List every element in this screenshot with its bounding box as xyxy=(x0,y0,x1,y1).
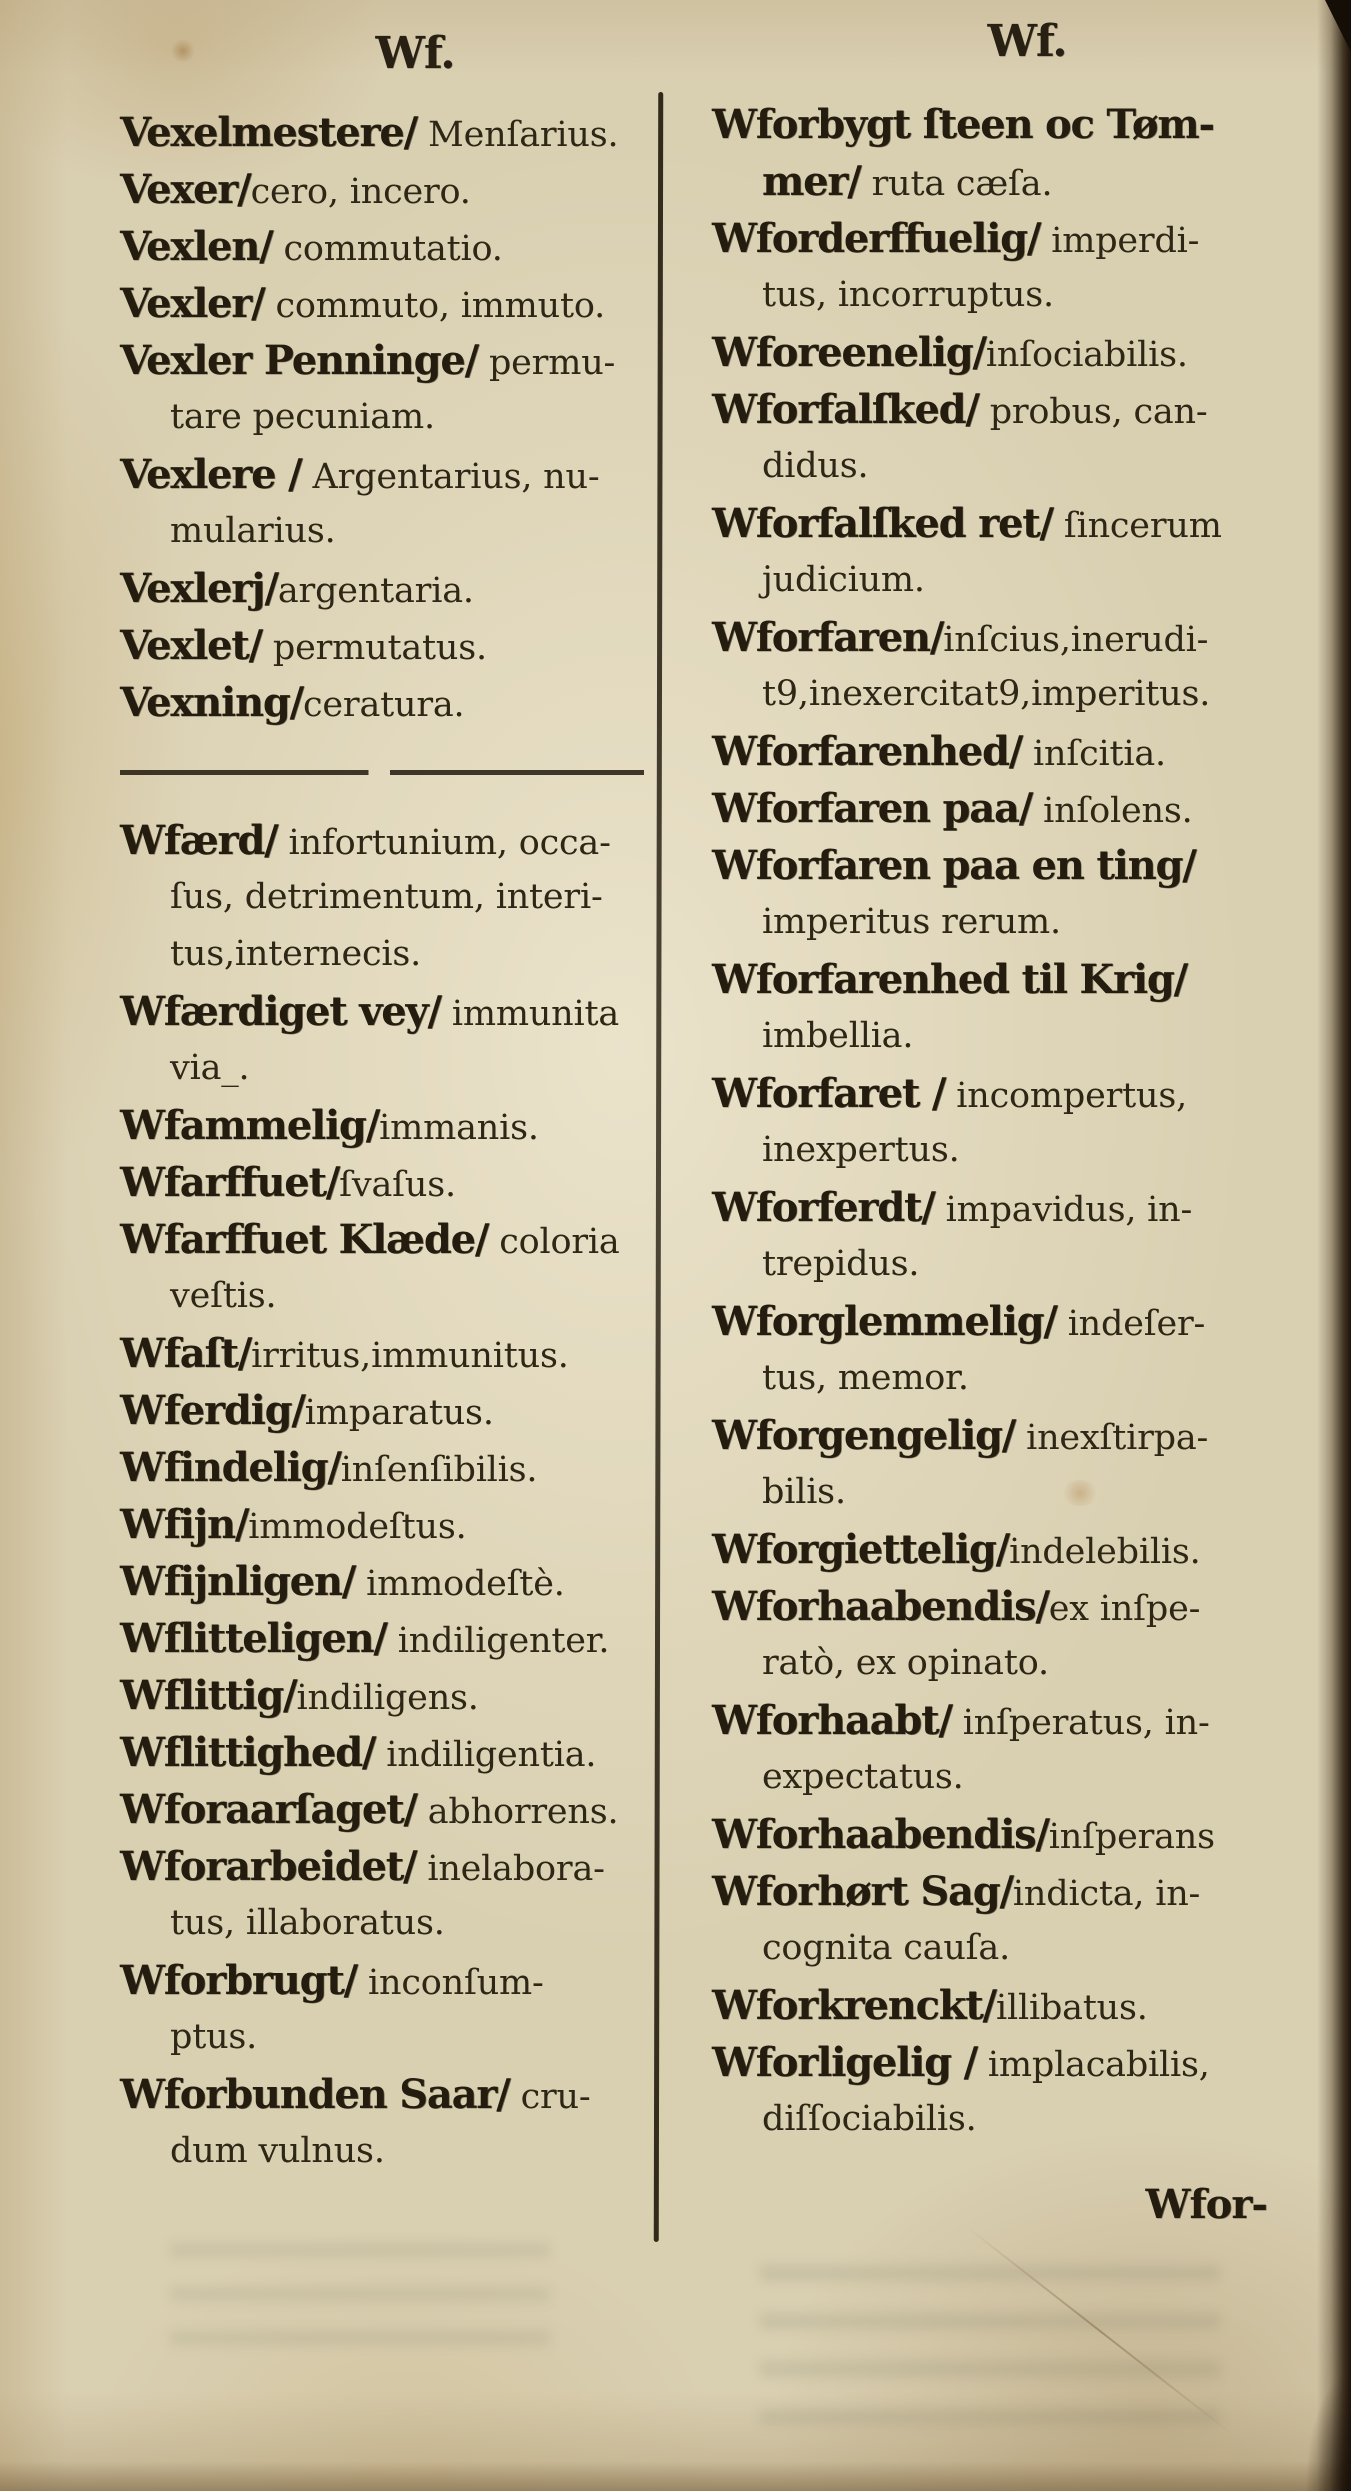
entry-line: Wforferdt/ impavidus, in- xyxy=(712,1179,1337,1236)
headword: Vexlerj/ xyxy=(120,565,278,612)
entry-line: Wfaſt/irritus,immunitus. xyxy=(120,1325,660,1382)
entry-line: tus, incorruptus. xyxy=(712,267,1337,324)
entry-line: Wflittig/indiligens. xyxy=(120,1667,660,1724)
headword: Wforferdt/ xyxy=(712,1184,935,1231)
headword: Vexlere / xyxy=(120,451,302,498)
entry-line: Wforfalſked ret/ ſincerum xyxy=(712,495,1337,552)
bleedthrough-smudge xyxy=(760,2255,1220,2425)
translation: t9,inexercitat9,imperitus. xyxy=(762,674,1210,714)
headword: Wfærdiget vey/ xyxy=(120,988,441,1035)
headword: Vexlet/ xyxy=(120,622,262,669)
entry-line: Vexer/cero, incero. xyxy=(120,161,660,218)
headword: Vexler Penninge/ xyxy=(120,337,478,384)
entry-line: Wfijnligen/ immodeſtè. xyxy=(120,1553,660,1610)
entry-line: tus, illaboratus. xyxy=(120,1895,660,1952)
headword: Wforhaabt/ xyxy=(712,1697,952,1744)
entry-line: Wforhaabt/ inſperatus, in- xyxy=(712,1692,1337,1749)
entry-line: mer/ ruta cæſa. xyxy=(712,153,1337,210)
entry-line: Wforhaabendis/ex inſpe- xyxy=(712,1578,1337,1635)
entry-line: Wfærd/ infortunium, occa- xyxy=(120,812,660,869)
translation: implacabilis, xyxy=(977,2045,1210,2085)
entry-line: Wforfaren paa/ inſolens. xyxy=(712,780,1337,837)
entry-line: Wflittighed/ indiligentia. xyxy=(120,1724,660,1781)
translation: ruta cæſa. xyxy=(861,164,1053,204)
headword: Wfijn/ xyxy=(120,1501,248,1548)
headword: Wforaarſaget/ xyxy=(120,1786,417,1833)
entry-line: via_. xyxy=(120,1040,660,1097)
entry-line: imperitus rerum. xyxy=(712,894,1337,951)
entry-line: Wforfarenhed/ inſcitia. xyxy=(712,723,1337,780)
translation: veſtis. xyxy=(170,1276,276,1316)
entry-line: veſtis. xyxy=(120,1268,660,1325)
book-page: Wf. Wf. Vexelmestere/ Menſarius.Vexer/ce… xyxy=(0,0,1351,2491)
entry-line: trepidus. xyxy=(712,1236,1337,1293)
translation: inexſtirpa- xyxy=(1015,1418,1208,1458)
translation: indicta, in- xyxy=(1013,1874,1200,1914)
translation: indiligenter. xyxy=(387,1621,610,1661)
translation: tare pecuniam. xyxy=(170,397,435,437)
entry-line: Wfarffuet Klæde/ coloria xyxy=(120,1211,660,1268)
headword: Wfarffuet/ xyxy=(120,1159,339,1206)
entry-line: Wforkrenckt/illibatus. xyxy=(712,1977,1337,2034)
headword: Wforfalſked ret/ xyxy=(712,500,1053,547)
headword: Wforhørt Sag/ xyxy=(712,1868,1013,1915)
entry-line: tus, memor. xyxy=(712,1350,1337,1407)
entry-line: expectatus. xyxy=(712,1749,1337,1806)
headword: Vexer/ xyxy=(120,166,251,213)
translation: ſus, detrimentum, interi- xyxy=(170,877,603,917)
entry-line: inexpertus. xyxy=(712,1122,1337,1179)
entry-line: Wfammelig/immanis. xyxy=(120,1097,660,1154)
translation: bilis. xyxy=(762,1472,846,1512)
entry-line: Wforarbeidet/ inelabora- xyxy=(120,1838,660,1895)
headword: Wforfalſked/ xyxy=(712,386,979,433)
translation: commuto, immuto. xyxy=(265,286,605,326)
entry-line: Vexler Penninge/ permu- xyxy=(120,332,660,389)
entry-line: Wforeenelig/inſociabilis. xyxy=(712,324,1337,381)
running-head-left: Wf. xyxy=(150,28,680,79)
translation: immanis. xyxy=(379,1108,539,1148)
translation: trepidus. xyxy=(762,1244,919,1284)
left-column: Vexelmestere/ Menſarius.Vexer/cero, ince… xyxy=(120,104,660,2180)
translation: ſincerum xyxy=(1053,506,1222,546)
entry-line: Wforfaren/inſcius,inerudi- xyxy=(712,609,1337,666)
headword: Wfijnligen/ xyxy=(120,1558,355,1605)
entry-line: Wforglemmelig/ indeſer- xyxy=(712,1293,1337,1350)
headword: Wferdig/ xyxy=(120,1387,305,1434)
headword: Wfaſt/ xyxy=(120,1330,251,1377)
headword: Wforfaret / xyxy=(712,1070,945,1117)
translation: inſperans xyxy=(1049,1817,1215,1857)
headword: Wforeenelig/ xyxy=(712,329,986,376)
translation: abhorrens. xyxy=(417,1792,619,1832)
entry-line: tare pecuniam. xyxy=(120,389,660,446)
translation: judicium. xyxy=(762,560,925,600)
entry-line: mularius. xyxy=(120,503,660,560)
translation: inſenſibilis. xyxy=(341,1450,538,1490)
headword: Wforgengelig/ xyxy=(712,1412,1015,1459)
headword: Wforgiettelig/ xyxy=(712,1526,1009,1573)
page-corner-top-right xyxy=(1325,0,1351,52)
entry-line: Wforhørt Sag/indicta, in- xyxy=(712,1863,1337,1920)
entry-line: Vexlere / Argentarius, nu- xyxy=(120,446,660,503)
entry-line: cognita cauſa. xyxy=(712,1920,1337,1977)
translation: irritus,immunitus. xyxy=(251,1336,568,1376)
entry-line: Vexning/ceratura. xyxy=(120,674,660,731)
headword: Wforhaabendis/ xyxy=(712,1811,1049,1858)
entry-line: Wforbunden Saar/ cru- xyxy=(120,2066,660,2123)
entry-line: t9,inexercitat9,imperitus. xyxy=(712,666,1337,723)
translation: tus, incorruptus. xyxy=(762,275,1054,315)
headword: Wflitteligen/ xyxy=(120,1615,387,1662)
entry-line: bilis. xyxy=(712,1464,1337,1521)
translation: ſvaſus. xyxy=(339,1165,456,1205)
entry-line: ratò, ex opinato. xyxy=(712,1635,1337,1692)
translation: tus,internecis. xyxy=(170,934,421,974)
headword: Wforbygt ſteen oc Tøm- xyxy=(712,101,1214,148)
headword: Wforhaabendis/ xyxy=(712,1583,1049,1630)
entry-line: Vexlen/ commutatio. xyxy=(120,218,660,275)
paper-crease xyxy=(965,2226,1234,2437)
headword: Wforderffuelig/ xyxy=(712,215,1040,262)
translation: argentaria. xyxy=(278,571,474,611)
entry-line: Wforbrugt/ inconſum- xyxy=(120,1952,660,2009)
headword: Wflittighed/ xyxy=(120,1729,375,1776)
entry-line: Wforhaabendis/inſperans xyxy=(712,1806,1337,1863)
entry-line: Wflitteligen/ indiligenter. xyxy=(120,1610,660,1667)
translation: inſcius,inerudi- xyxy=(943,620,1208,660)
headword: Wforbunden Saar/ xyxy=(120,2071,510,2118)
translation: impavidus, in- xyxy=(935,1190,1192,1230)
translation: imparatus. xyxy=(305,1393,494,1433)
translation: immodeſtè. xyxy=(355,1564,565,1604)
headword: Wforfarenhed/ xyxy=(712,728,1022,775)
translation: diſſociabilis. xyxy=(762,2099,977,2139)
page-bottom-edge xyxy=(0,2461,1351,2491)
translation: illibatus. xyxy=(996,1988,1148,2028)
entry-line: Wforligelig / implacabilis, xyxy=(712,2034,1337,2091)
entry-line: diſſociabilis. xyxy=(712,2091,1337,2148)
translation: inexpertus. xyxy=(762,1130,960,1170)
translation: immodeſtus. xyxy=(248,1507,466,1547)
entry-line: imbellia. xyxy=(712,1008,1337,1065)
right-column: Wforbygt ſteen oc Tøm-mer/ ruta cæſa.Wfo… xyxy=(712,96,1337,2148)
translation: immunita xyxy=(441,994,619,1034)
translation: inſperatus, in- xyxy=(952,1703,1210,1743)
headword: Vexler/ xyxy=(120,280,265,327)
entry-line: didus. xyxy=(712,438,1337,495)
headword: Wfærd/ xyxy=(120,817,278,864)
headword: Wforfaren/ xyxy=(712,614,943,661)
headword: Wfindelig/ xyxy=(120,1444,341,1491)
translation: tus, memor. xyxy=(762,1358,969,1398)
translation: cognita cauſa. xyxy=(762,1928,1010,1968)
entry-line: Wforaarſaget/ abhorrens. xyxy=(120,1781,660,1838)
translation: indiligens. xyxy=(296,1678,478,1718)
translation: ptus. xyxy=(170,2017,257,2057)
page-edge-right xyxy=(1317,0,1351,2491)
entry-line: Wfarffuet/ſvaſus. xyxy=(120,1154,660,1211)
entry-line: Wforbygt ſteen oc Tøm- xyxy=(712,96,1337,153)
entry-line: Wfindelig/inſenſibilis. xyxy=(120,1439,660,1496)
translation: didus. xyxy=(762,446,868,486)
page-corner-bottom-right xyxy=(1305,2371,1351,2491)
translation: mularius. xyxy=(170,511,336,551)
entry-line: ſus, detrimentum, interi- xyxy=(120,869,660,926)
translation: dum vulnus. xyxy=(170,2131,385,2171)
headword: Wforfarenhed til Krig/ xyxy=(712,956,1187,1003)
entry-line: judicium. xyxy=(712,552,1337,609)
entry-line: Vexelmestere/ Menſarius. xyxy=(120,104,660,161)
translation: probus, can- xyxy=(979,392,1208,432)
translation: commutatio. xyxy=(273,229,503,269)
entry-line: Wforfarenhed til Krig/ xyxy=(712,951,1337,1008)
translation: ratò, ex opinato. xyxy=(762,1643,1049,1683)
entry-line: ptus. xyxy=(120,2009,660,2066)
headword: Vexning/ xyxy=(120,679,303,726)
catchword: Wfor- xyxy=(712,2176,1267,2233)
entry-line: Wforderffuelig/ imperdi- xyxy=(712,210,1337,267)
paper-stain xyxy=(1060,1480,1100,1506)
translation: incompertus, xyxy=(945,1076,1187,1116)
translation: imperdi- xyxy=(1040,221,1199,261)
translation: cero, incero. xyxy=(251,172,471,212)
translation: inſcitia. xyxy=(1022,734,1166,774)
headword: Wforfaren paa en ting/ xyxy=(712,842,1196,889)
section-divider xyxy=(120,731,660,812)
translation: inconſum- xyxy=(357,1963,544,2003)
headword: Vexelmestere/ xyxy=(120,109,417,156)
translation: cru- xyxy=(510,2077,591,2117)
headword: Wfammelig/ xyxy=(120,1102,379,1149)
entry-line: Wfijn/immodeſtus. xyxy=(120,1496,660,1553)
headword: Wfarffuet Klæde/ xyxy=(120,1216,488,1263)
entry-line: Wforfaret / incompertus, xyxy=(712,1065,1337,1122)
headword: Wforarbeidet/ xyxy=(120,1843,416,1890)
translation: ex inſpe- xyxy=(1049,1589,1200,1629)
translation: permutatus. xyxy=(262,628,487,668)
entry-line: tus,internecis. xyxy=(120,926,660,983)
translation: permu- xyxy=(478,343,615,383)
entry-line: Wforfaren paa en ting/ xyxy=(712,837,1337,894)
headword: Wflittig/ xyxy=(120,1672,296,1719)
entry-line: dum vulnus. xyxy=(120,2123,660,2180)
headword: Wforbrugt/ xyxy=(120,1957,357,2004)
translation: imbellia. xyxy=(762,1016,913,1056)
translation: inelabora- xyxy=(416,1849,604,1889)
translation: expectatus. xyxy=(762,1757,964,1797)
entry-line: Wfærdiget vey/ immunita xyxy=(120,983,660,1040)
entry-line: Vexlerj/argentaria. xyxy=(120,560,660,617)
paper-stain xyxy=(170,40,196,62)
headword: mer/ xyxy=(762,158,861,205)
translation: indelebilis. xyxy=(1009,1532,1200,1572)
translation: via_. xyxy=(170,1048,249,1088)
translation: indeſer- xyxy=(1057,1304,1205,1344)
entry-line: Wforgiettelig/indelebilis. xyxy=(712,1521,1337,1578)
entry-line: Vexler/ commuto, immuto. xyxy=(120,275,660,332)
headword: Vexlen/ xyxy=(120,223,273,270)
entry-line: Wforgengelig/ inexſtirpa- xyxy=(712,1407,1337,1464)
translation: tus, illaboratus. xyxy=(170,1903,445,1943)
headword: Wforglemmelig/ xyxy=(712,1298,1057,1345)
entry-line: Wferdig/imparatus. xyxy=(120,1382,660,1439)
running-head-right: Wf. xyxy=(722,16,1332,67)
entry-line: Vexlet/ permutatus. xyxy=(120,617,660,674)
translation: ceratura. xyxy=(303,685,464,725)
translation: Argentarius, nu- xyxy=(302,457,600,497)
translation: imperitus rerum. xyxy=(762,902,1061,942)
headword: Wforligelig / xyxy=(712,2039,977,2086)
translation: inſolens. xyxy=(1032,791,1192,831)
translation: coloria xyxy=(488,1222,619,1262)
translation: indiligentia. xyxy=(375,1735,596,1775)
translation: Menſarius. xyxy=(417,115,618,155)
translation: infortunium, occa- xyxy=(278,823,611,863)
translation: inſociabilis. xyxy=(986,335,1188,375)
headword: Wforkrenckt/ xyxy=(712,1982,996,2029)
headword: Wforfaren paa/ xyxy=(712,785,1032,832)
bleedthrough-smudge xyxy=(170,2215,550,2345)
entry-line: Wforfalſked/ probus, can- xyxy=(712,381,1337,438)
